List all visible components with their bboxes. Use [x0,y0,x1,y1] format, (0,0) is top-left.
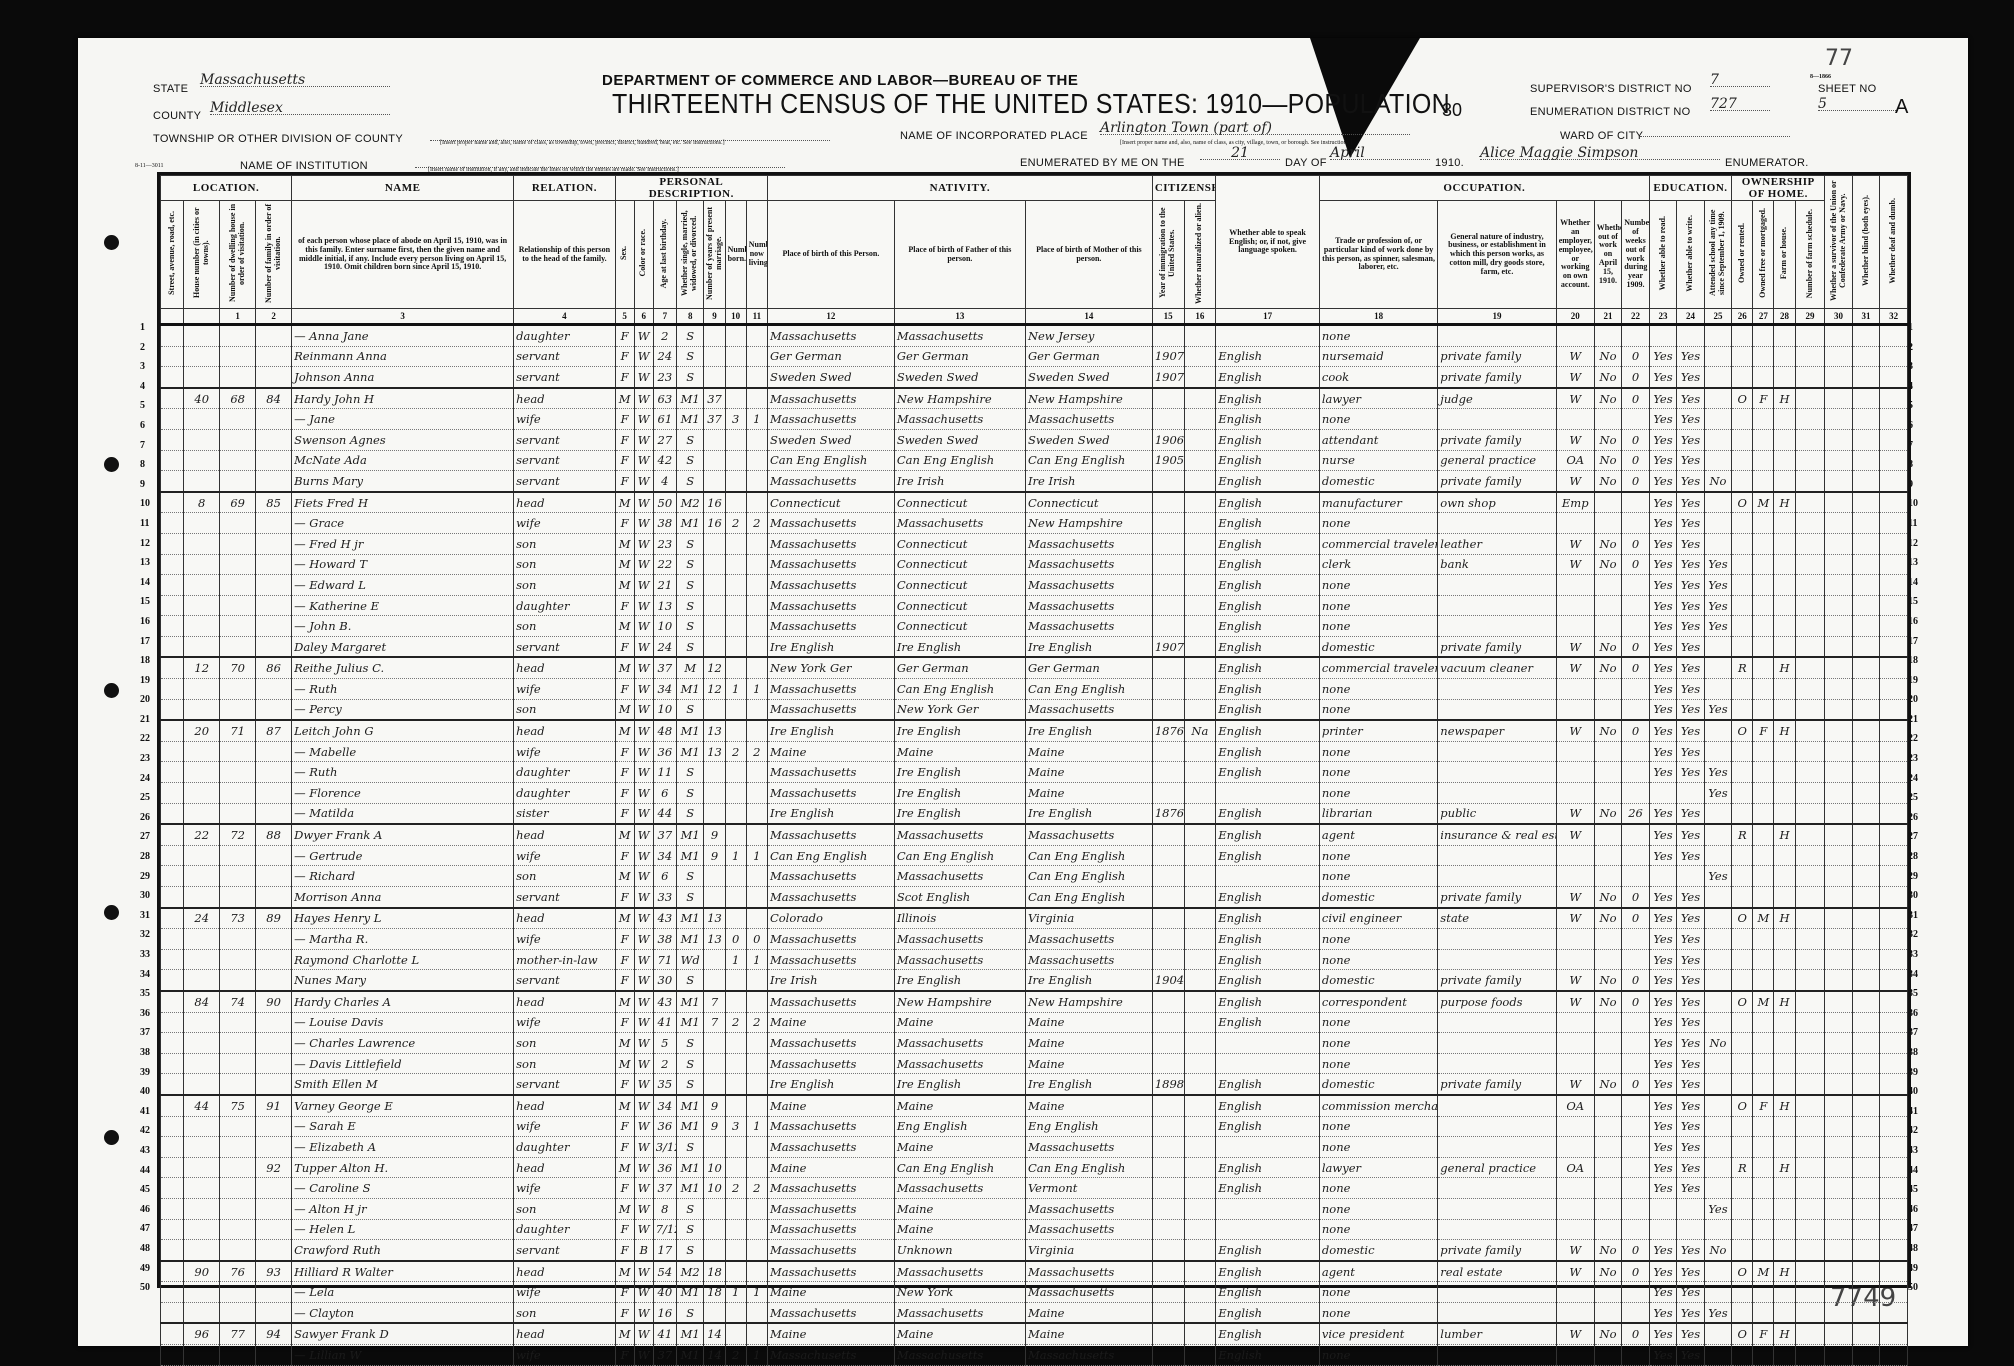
cell-family [256,1012,292,1033]
cell-deaf [1880,803,1908,824]
cell-trade: none [1319,1302,1437,1323]
cell-street [161,1157,184,1178]
cell-employ [1556,866,1594,887]
cell-name: Swenson Agnes [292,429,514,450]
cell-owned [1732,741,1753,762]
cell-street [161,1323,184,1344]
cell-marital: S [676,1198,703,1219]
cell-out [1594,324,1621,346]
cell-street [161,367,184,388]
cell-blind [1852,741,1879,762]
cell-english: English [1216,575,1320,596]
cell-family [256,409,292,430]
cell-school [1704,1116,1731,1137]
cell-sex: F [615,1240,634,1261]
cell-employ [1556,616,1594,637]
cell-house [184,887,220,908]
cell-mortgage [1753,1302,1774,1323]
cell-mortgage [1753,762,1774,783]
cell-out: No [1594,657,1621,678]
cell-out [1594,575,1621,596]
cell-read: Yes [1649,887,1676,908]
cell-family [256,513,292,534]
cell-marital: S [676,471,703,492]
cell-mother: Virginia [1025,1240,1152,1261]
census-row: — Martha R.wifeFW38M11300MassachusettsMa… [161,929,1908,950]
cell-blind [1852,636,1879,657]
cell-relation: daughter [514,783,616,804]
cell-out [1594,824,1621,845]
cell-birth: Massachusetts [767,575,894,596]
cell-blind [1852,1012,1879,1033]
cell-employ [1556,1282,1594,1303]
cell-vet [1825,657,1852,678]
cell-marital: S [676,1302,703,1323]
cell-race: W [634,324,653,346]
cell-industry: bank [1438,554,1556,575]
cell-relation: head [514,824,616,845]
cell-out [1594,949,1621,970]
cell-mortgage [1753,1012,1774,1033]
cell-years-married [704,1033,725,1054]
cell-street [161,1053,184,1074]
cell-mother: New Jersey [1025,324,1152,346]
col-16-header: Whether naturalized or alien. [1184,201,1216,309]
cell-name: — Elizabeth A [292,1137,514,1158]
cell-mortgage [1753,845,1774,866]
cell-living [746,595,767,616]
cell-write: Yes [1677,492,1704,513]
cell-age: 27 [653,429,676,450]
cell-school [1704,949,1731,970]
cell-family [256,1219,292,1240]
cell-out: No [1594,720,1621,741]
cell-family: 85 [256,492,292,513]
cell-house: 90 [184,1261,220,1282]
cell-house [184,949,220,970]
cell-born [725,991,746,1012]
cell-school [1704,741,1731,762]
cell-industry [1438,929,1556,950]
cell-immig [1152,1345,1184,1366]
cell-years-married: 37 [704,388,725,409]
col-10-header: Number born. [725,201,746,309]
cell-immig [1152,949,1184,970]
cell-vet [1825,1302,1852,1323]
punch-hole [104,905,119,920]
cell-years-married [704,471,725,492]
cell-farm: H [1774,492,1795,513]
cell-marital: S [676,616,703,637]
cell-name: Hilliard R Walter [292,1261,514,1282]
cell-sex: F [615,409,634,430]
cell-mortgage [1753,554,1774,575]
cell-years-married [704,554,725,575]
cell-write: Yes [1677,388,1704,409]
cell-father: Ire English [894,783,1025,804]
cell-english: English [1216,367,1320,388]
cell-blind [1852,970,1879,991]
cell-farm [1774,533,1795,554]
cell-name: — Louise Davis [292,1012,514,1033]
col-3-header: of each person whose place of abode on A… [292,201,514,309]
cell-father: Ire English [894,762,1025,783]
cell-immig [1152,824,1184,845]
cell-years-married: 14 [704,1323,725,1344]
cell-race: W [634,575,653,596]
cell-industry: real estate [1438,1261,1556,1282]
cell-born [725,595,746,616]
cell-employ [1556,1178,1594,1199]
cell-house [184,450,220,471]
cell-birth: Colorado [767,908,894,929]
line-number: 23 [140,749,154,769]
cell-write: Yes [1677,595,1704,616]
cell-years-married [704,1074,725,1095]
cell-birth: Massachusetts [767,595,894,616]
cell-school: Yes [1704,1198,1731,1219]
cell-industry: private family [1438,636,1556,657]
cell-relation: daughter [514,1219,616,1240]
cell-deaf [1880,471,1908,492]
cell-read: Yes [1649,949,1676,970]
col-6-header: Color or race. [634,201,653,309]
cell-name: — Percy [292,699,514,720]
cell-blind [1852,949,1879,970]
cell-industry: newspaper [1438,720,1556,741]
cell-nat [1184,1033,1216,1054]
cell-nat [1184,513,1216,534]
cell-english: English [1216,1345,1320,1366]
cell-living [746,429,767,450]
cell-dwelling [220,636,256,657]
cell-blind [1852,450,1879,471]
cell-dwelling [220,616,256,637]
cell-trade: commercial traveler [1319,533,1437,554]
cell-street [161,409,184,430]
cell-marital: M1 [676,513,703,534]
cell-immig [1152,1137,1184,1158]
cell-read: Yes [1649,845,1676,866]
cell-house [184,803,220,824]
cell-living: 1 [746,949,767,970]
cell-age: 41 [653,1323,676,1344]
cell-blind [1852,554,1879,575]
cell-write: Yes [1677,513,1704,534]
cell-blind [1852,409,1879,430]
cell-name: Hardy Charles A [292,991,514,1012]
cell-school [1704,513,1731,534]
cell-immig [1152,1116,1184,1137]
column-number: 13 [894,308,1025,324]
cell-dwelling: 69 [220,492,256,513]
line-number: 8 [140,455,154,475]
cell-nat [1184,409,1216,430]
cell-name: Morrison Anna [292,887,514,908]
cell-family [256,575,292,596]
cell-farm [1774,513,1795,534]
cell-nat [1184,1074,1216,1095]
cell-relation: servant [514,636,616,657]
cell-race: W [634,908,653,929]
cell-farm [1774,1012,1795,1033]
cell-birth: Maine [767,1282,894,1303]
cell-relation: head [514,1261,616,1282]
cell-dwelling: 74 [220,991,256,1012]
cell-blind [1852,429,1879,450]
cell-marital: S [676,575,703,596]
cell-years-married [704,803,725,824]
cell-family: 87 [256,720,292,741]
cell-blind [1852,616,1879,637]
cell-age: 36 [653,1116,676,1137]
cell-family [256,1053,292,1074]
cell-industry: private family [1438,970,1556,991]
cell-nat [1184,575,1216,596]
cell-race: W [634,1261,653,1282]
cell-schedule [1795,533,1825,554]
cell-write: Yes [1677,824,1704,845]
cell-years-married: 10 [704,1178,725,1199]
cell-out: No [1594,908,1621,929]
cell-house [184,429,220,450]
cell-trade: nursemaid [1319,346,1437,367]
enumerator-label: ENUMERATOR. [1725,157,1809,169]
cell-immig [1152,1219,1184,1240]
cell-write: Yes [1677,991,1704,1012]
cell-trade: commercial traveler [1319,657,1437,678]
cell-immig [1152,616,1184,637]
cell-family [256,554,292,575]
cell-relation: head [514,657,616,678]
cell-street [161,1345,184,1366]
census-row: — GracewifeFW38M11622MassachusettsMassac… [161,513,1908,534]
cell-father: Massachusetts [894,824,1025,845]
cell-write: Yes [1677,845,1704,866]
cell-mortgage [1753,679,1774,700]
cell-blind [1852,388,1879,409]
cell-blind [1852,1240,1879,1261]
cell-employ: W [1556,991,1594,1012]
cell-write: Yes [1677,657,1704,678]
cell-mortgage [1753,929,1774,950]
cell-age: 30 [653,970,676,991]
cell-family [256,1178,292,1199]
cell-birth: Massachusetts [767,866,894,887]
enumerated-label: ENUMERATED BY ME ON THE [1020,157,1185,169]
cell-age: 23 [653,367,676,388]
state-label: STATE [153,83,188,95]
cell-race: W [634,720,653,741]
cell-father: New Hampshire [894,388,1025,409]
col-26-header: Owned or rented. [1732,201,1753,309]
cell-deaf [1880,845,1908,866]
cell-out [1594,1012,1621,1033]
group-education: EDUCATION. [1649,176,1731,201]
cell-immig [1152,554,1184,575]
cell-schedule [1795,929,1825,950]
cell-deaf [1880,1219,1908,1240]
cell-trade: domestic [1319,1074,1437,1095]
cell-born [725,866,746,887]
line-number: 38 [140,1043,154,1063]
cell-house [184,1074,220,1095]
cell-birth: Maine [767,1095,894,1116]
cell-relation: son [514,866,616,887]
cell-immig [1152,1095,1184,1116]
cell-schedule [1795,1219,1825,1240]
cell-read: Yes [1649,346,1676,367]
cell-relation: son [514,699,616,720]
cell-sex: F [615,970,634,991]
cell-english: English [1216,1323,1320,1344]
census-row: 227288Dwyer Frank AheadMW37M19Massachuse… [161,824,1908,845]
cell-father: Massachusetts [894,929,1025,950]
cell-english: English [1216,1095,1320,1116]
cell-school: Yes [1704,762,1731,783]
enumerated-day: 21 [1200,145,1280,160]
cell-mortgage [1753,471,1774,492]
cell-immig: 1907 [1152,367,1184,388]
cell-english: English [1216,636,1320,657]
cell-father: Ire English [894,803,1025,824]
cell-race: W [634,803,653,824]
cell-dwelling [220,367,256,388]
cell-vet [1825,492,1852,513]
cell-mortgage: F [1753,1095,1774,1116]
line-numbers-left: 1234567891011121314151617181920212223242… [140,318,154,1298]
cell-mortgage [1753,1219,1774,1240]
cell-mortgage [1753,970,1774,991]
cell-race: W [634,679,653,700]
township-hint: [Insert proper name and, also, name of c… [440,140,725,146]
cell-industry [1438,324,1556,346]
cell-name: — Gertrude [292,845,514,866]
cell-sex: F [615,803,634,824]
cell-trade: none [1319,929,1437,950]
cell-schedule [1795,575,1825,596]
cell-name: — John B. [292,616,514,637]
cell-birth: Massachusetts [767,887,894,908]
cell-farm [1774,1053,1795,1074]
cell-marital: M1 [676,1282,703,1303]
cell-years-married: 13 [704,741,725,762]
cell-relation: head [514,908,616,929]
cell-sex: M [615,533,634,554]
cell-english [1216,1219,1320,1240]
cell-years-married [704,616,725,637]
cell-out [1594,595,1621,616]
cell-read: Yes [1649,1074,1676,1095]
cell-birth: Massachusetts [767,762,894,783]
cell-deaf [1880,699,1908,720]
cell-read: Yes [1649,908,1676,929]
cell-industry [1438,1178,1556,1199]
county-label: COUNTY [153,110,201,122]
col-8-header: Whether single, married, widowed, or div… [676,201,703,309]
cell-nat [1184,533,1216,554]
cell-relation: servant [514,887,616,908]
cell-immig [1152,1053,1184,1074]
cell-sex: M [615,657,634,678]
cell-years-married: 13 [704,720,725,741]
cell-house [184,1157,220,1178]
cell-father: Ire English [894,970,1025,991]
cell-family [256,636,292,657]
cell-weeks [1622,741,1649,762]
cell-deaf [1880,929,1908,950]
cell-employ: OA [1556,450,1594,471]
cell-years-married [704,762,725,783]
cell-father: Connecticut [894,616,1025,637]
cell-born: 1 [725,1282,746,1303]
cell-schedule [1795,1261,1825,1282]
cell-farm [1774,783,1795,804]
cell-dwelling: 73 [220,908,256,929]
cell-dwelling [220,866,256,887]
cell-deaf [1880,636,1908,657]
cell-family [256,699,292,720]
cell-living [746,1323,767,1344]
cell-born [725,367,746,388]
cell-weeks: 0 [1622,970,1649,991]
cell-age: 2 [653,324,676,346]
cell-blind [1852,720,1879,741]
cell-immig [1152,991,1184,1012]
cell-born: 1 [725,679,746,700]
cell-years-married: 10 [704,1157,725,1178]
col-22-header: Number of weeks out of work during year … [1622,201,1649,309]
cell-blind [1852,1116,1879,1137]
line-number: 34 [140,965,154,985]
census-row: — Sarah EwifeFW36M1931MassachusettsEng E… [161,1116,1908,1137]
cell-mortgage [1753,1116,1774,1137]
line-number: 30 [140,886,154,906]
cell-birth: Maine [767,1323,894,1344]
cell-school [1704,388,1731,409]
cell-english: English [1216,929,1320,950]
cell-school [1704,970,1731,991]
cell-schedule [1795,324,1825,346]
cell-living [746,1219,767,1240]
cell-mother: New Hampshire [1025,991,1152,1012]
cell-write: Yes [1677,1095,1704,1116]
cell-marital: S [676,1240,703,1261]
census-row: 447591Varney George EheadMW34M19MaineMai… [161,1095,1908,1116]
cell-age: 34 [653,845,676,866]
cell-dwelling [220,887,256,908]
cell-farm [1774,429,1795,450]
cell-industry [1438,762,1556,783]
cell-age: 48 [653,720,676,741]
cell-living [746,1074,767,1095]
cell-schedule [1795,1157,1825,1178]
cell-vet [1825,1095,1852,1116]
cell-read: Yes [1649,429,1676,450]
sheet-side: A [1895,96,1908,119]
cell-read: Yes [1649,1157,1676,1178]
cell-family: 92 [256,1157,292,1178]
cell-employ [1556,513,1594,534]
cell-living: 0 [746,929,767,950]
cell-sex: F [615,636,634,657]
cell-english: English [1216,1074,1320,1095]
census-row: — Charles LawrencesonMW5SMassachusettsMa… [161,1033,1908,1054]
cell-father: Massachusetts [894,1178,1025,1199]
ward-label: WARD OF CITY [1560,130,1643,142]
cell-relation: daughter [514,324,616,346]
cell-marital: S [676,970,703,991]
